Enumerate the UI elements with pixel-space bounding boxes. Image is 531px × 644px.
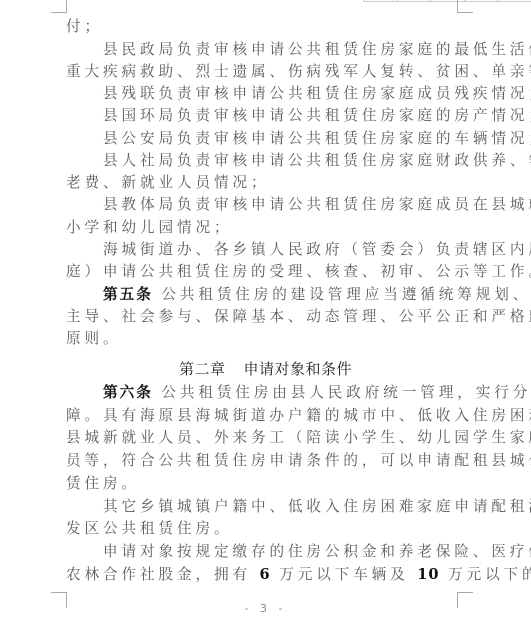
chapter-number: 第二章 [179, 360, 226, 378]
text-line: 县国环局负责审核申请公共租赁住房家庭的房产情况； [66, 105, 476, 127]
text-line: 障。具有海原县海城街道办户籍的城市中、低收入住房困难家庭、 [66, 405, 476, 427]
article-text: 公共租赁住房的建设管理应当遵循统筹规划、政府 [153, 286, 531, 303]
chapter-title: 申请对象和条件 [244, 360, 353, 378]
text-segment: 万元以下车辆及 [279, 566, 408, 583]
text-line: 老费、新就业人员情况； [66, 172, 476, 194]
text-line: 县公安局负责审核申请公共租赁住房家庭的车辆情况； [66, 128, 476, 150]
text-line: 付； [66, 16, 476, 38]
chapter-heading: 第二章申请对象和条件 [0, 357, 531, 381]
text-line: 县残联负责审核申请公共租赁住房家庭成员残疾情况； [66, 83, 476, 105]
text-line: 主导、社会参与、保障基本、动态管理、公平公正和严格监管的 [66, 306, 476, 328]
document-page: 付； 县民政局负责审核申请公共租赁住房家庭的最低生活保障、 重大疾病救助、烈士遗… [0, 0, 531, 644]
text-line: 县人社局负责审核申请公共租赁住房家庭财政供养、领取养 [66, 150, 476, 172]
text-line: 庭）申请公共租赁住房的受理、核查、初审、公示等工作。 [66, 261, 476, 283]
text-line: 县教体局负责审核申请公共租赁住房家庭成员在县城就读 [66, 194, 476, 216]
text-line: 员等，符合公共租赁住房申请条件的，可以申请配租县城公共租 [66, 450, 476, 472]
table-cell [497, 0, 531, 1]
article-6-line: 第六条 公共租赁住房由县人民政府统一管理，实行分类保 [66, 382, 476, 404]
text-line: 重大疾病救助、烈士遗属、伤病残军人复转、贫困、单亲等情况； [66, 61, 476, 83]
article-label: 第六条 [103, 384, 153, 401]
crop-mark-top-left [51, 0, 67, 13]
amount-6: 6 [260, 566, 271, 583]
text-line: 申请对象按规定缴存的住房公积金和养老保险、医疗保险、 [66, 541, 476, 563]
table-cell [363, 0, 397, 1]
crop-mark-top-right [457, 0, 473, 13]
text-line: 赁住房。 [66, 473, 476, 495]
text-line: 小学和幼儿园情况； [66, 217, 476, 239]
article-5-line: 第五条 公共租赁住房的建设管理应当遵循统筹规划、政府 [66, 284, 476, 306]
table-fragment [363, 0, 531, 2]
text-line: 发区公共租赁住房。 [66, 518, 476, 540]
article-text: 公共租赁住房由县人民政府统一管理，实行分类保 [153, 384, 531, 401]
amount-10: 10 [417, 566, 439, 583]
text-line: 原则。 [66, 328, 476, 350]
text-line: 其它乡镇城镇户籍中、低收入住房困难家庭申请配租海兴开 [66, 496, 476, 518]
text-line-last: 农林合作社股金，拥有 6 万元以下车辆及 10 万元以下的注册资 [66, 564, 476, 586]
text-line: 海城街道办、各乡镇人民政府（管委会）负责辖区内居民（家 [66, 239, 476, 261]
text-segment: 万元以下的注册资 [448, 566, 531, 583]
article-label: 第五条 [103, 286, 153, 303]
table-cell [397, 0, 431, 1]
text-segment: 农林合作社股金，拥有 [66, 566, 251, 583]
text-line: 县城新就业人员、外来务工（陪读小学生、幼儿园学生家庭）人 [66, 427, 476, 449]
text-line: 县民政局负责审核申请公共租赁住房家庭的最低生活保障、 [66, 39, 476, 61]
page-number: - 3 - [0, 602, 531, 615]
